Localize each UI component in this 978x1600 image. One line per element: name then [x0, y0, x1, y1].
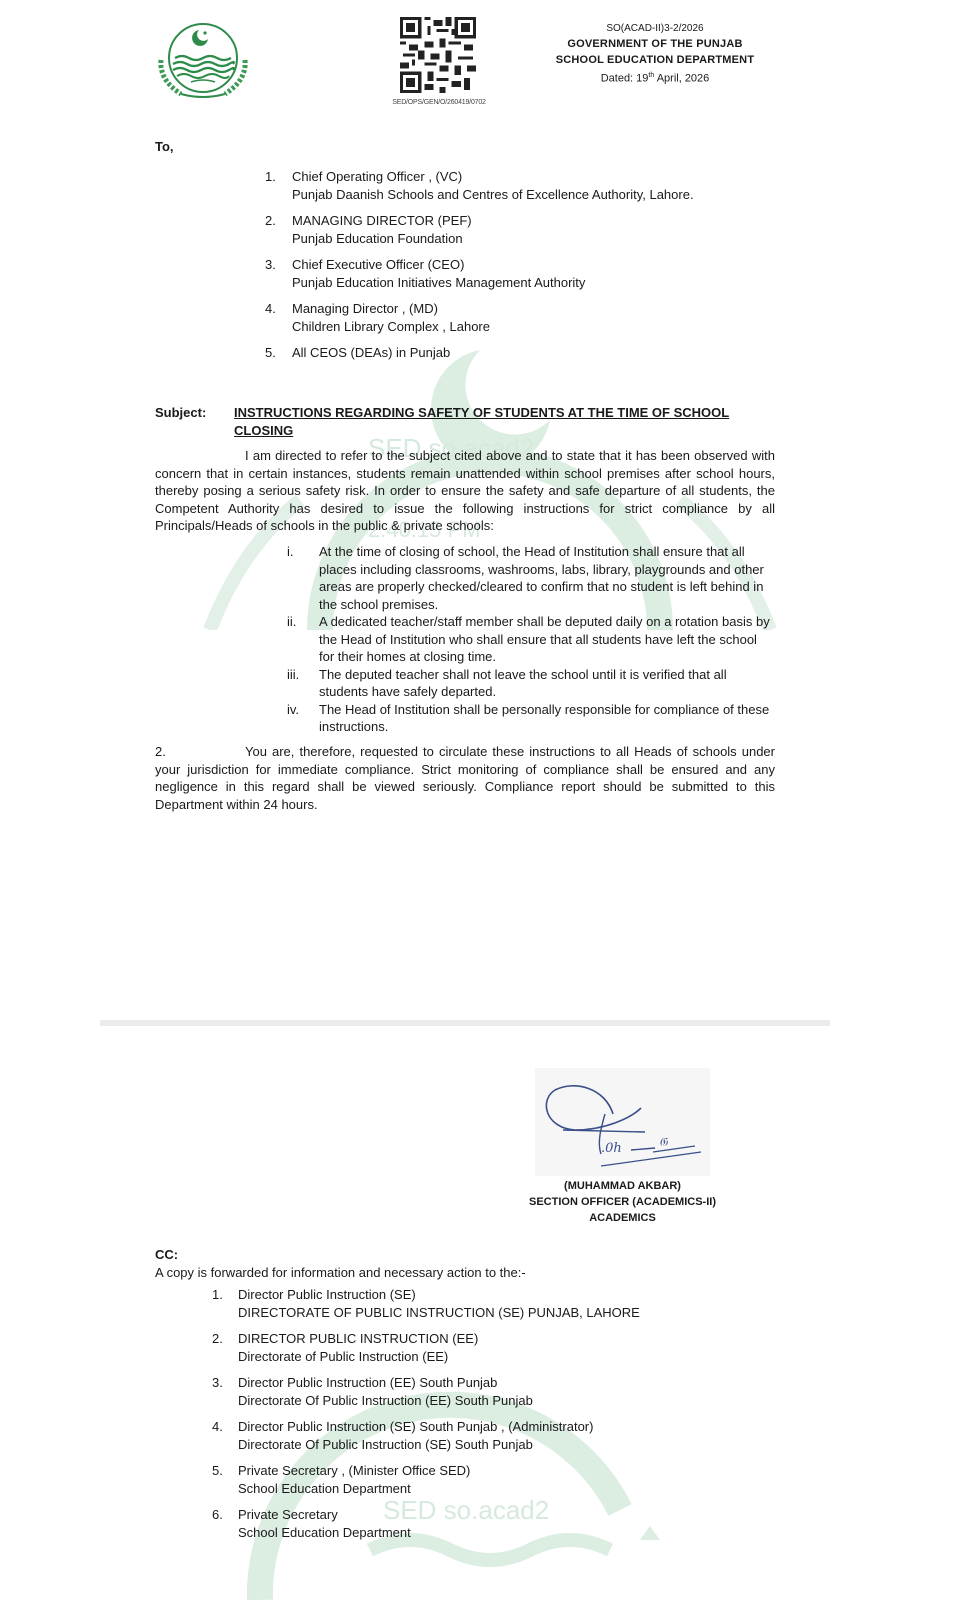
recipient-title: Private Secretary , (Minister Office SED…: [238, 1462, 470, 1480]
subject-label: Subject:: [155, 404, 234, 440]
cc-item: 5.Private Secretary , (Minister Office S…: [212, 1462, 712, 1497]
signatory-block: (MUHAMMAD AKBAR) SECTION OFFICER (ACADEM…: [500, 1178, 745, 1226]
to-label: To,: [155, 139, 174, 154]
recipient-title: Chief Executive Officer (CEO): [292, 256, 585, 274]
recipient-organization: Punjab Education Foundation: [292, 230, 472, 248]
punjab-government-emblem-icon: [155, 20, 251, 100]
instruction-text: A dedicated teacher/staff member shall b…: [319, 613, 775, 666]
recipient-title: Director Public Instruction (SE): [238, 1286, 640, 1304]
list-text: Managing Director , (MD)Children Library…: [292, 300, 490, 335]
list-number: 3.: [212, 1374, 238, 1409]
subject: Subject: INSTRUCTIONS REGARDING SAFETY O…: [155, 404, 777, 440]
recipient-item: 5.All CEOS (DEAs) in Punjab: [265, 344, 765, 362]
list-number: 5.: [212, 1462, 238, 1497]
cc-item: 3.Director Public Instruction (EE) South…: [212, 1374, 712, 1409]
instruction-text: The deputed teacher shall not leave the …: [319, 666, 775, 701]
recipient-organization: Directorate Of Public Instruction (SE) S…: [238, 1436, 593, 1454]
list-text: Chief Operating Officer , (VC)Punjab Daa…: [292, 168, 694, 203]
subject-text: INSTRUCTIONS REGARDING SAFETY OF STUDENT…: [234, 404, 777, 440]
recipient-organization: School Education Department: [238, 1480, 470, 1498]
recipient-organization: Punjab Daanish Schools and Centres of Ex…: [292, 186, 694, 204]
recipient-title: MANAGING DIRECTOR (PEF): [292, 212, 472, 230]
cc-item: 4.Director Public Instruction (SE) South…: [212, 1418, 712, 1453]
cc-item: 2.DIRECTOR PUBLIC INSTRUCTION (EE)Direct…: [212, 1330, 712, 1365]
signatory-name: (MUHAMMAD AKBAR): [500, 1178, 745, 1194]
instruction-text: At the time of closing of school, the He…: [319, 543, 775, 613]
recipient-title: Director Public Instruction (SE) South P…: [238, 1418, 593, 1436]
cc-list: 1.Director Public Instruction (SE)DIRECT…: [212, 1286, 712, 1550]
recipient-organization: Punjab Education Initiatives Management …: [292, 274, 585, 292]
list-number: 3.: [265, 256, 292, 291]
instruction-item: ii.A dedicated teacher/staff member shal…: [285, 613, 775, 666]
reference-number: SO(ACAD-II)3-2/2026: [540, 22, 770, 36]
signatory-wing: ACADEMICS: [500, 1210, 745, 1226]
instruction-number: ii.: [285, 613, 319, 666]
paragraph-number: 2.: [155, 743, 245, 761]
recipient-title: All CEOS (DEAs) in Punjab: [292, 344, 450, 362]
recipient-item: 2.MANAGING DIRECTOR (PEF)Punjab Educatio…: [265, 212, 765, 247]
recipient-organization: DIRECTORATE OF PUBLIC INSTRUCTION (SE) P…: [238, 1304, 640, 1322]
recipient-title: Private Secretary: [238, 1506, 411, 1524]
instruction-item: iii.The deputed teacher shall not leave …: [285, 666, 775, 701]
recipient-organization: Directorate of Public Instruction (EE): [238, 1348, 478, 1366]
instruction-item: iv.The Head of Institution shall be pers…: [285, 701, 775, 736]
list-text: DIRECTOR PUBLIC INSTRUCTION (EE)Director…: [238, 1330, 478, 1365]
list-number: 5.: [265, 344, 292, 362]
list-text: Director Public Instruction (SE)DIRECTOR…: [238, 1286, 640, 1321]
recipient-organization: Directorate Of Public Instruction (EE) S…: [238, 1392, 533, 1410]
letterhead: SO(ACAD-II)3-2/2026 GOVERNMENT OF THE PU…: [540, 22, 770, 87]
government-name: GOVERNMENT OF THE PUNJAB: [540, 36, 770, 52]
signatory-designation: SECTION OFFICER (ACADEMICS-II): [500, 1194, 745, 1210]
cc-heading: CC:: [155, 1247, 178, 1262]
qr-code-icon: [400, 16, 476, 94]
recipient-item: 4.Managing Director , (MD)Children Libra…: [265, 300, 765, 335]
list-number: 4.: [212, 1418, 238, 1453]
recipient-title: DIRECTOR PUBLIC INSTRUCTION (EE): [238, 1330, 478, 1348]
cc-item: 1.Director Public Instruction (SE)DIRECT…: [212, 1286, 712, 1321]
instruction-text: The Head of Institution shall be persona…: [319, 701, 775, 736]
handwritten-signature-icon: .0h 𝔊: [535, 1068, 710, 1176]
qr-code-id: SED/OPS/GEN/O/260419/0702: [382, 99, 496, 106]
list-number: 2.: [212, 1330, 238, 1365]
cc-item: 6.Private SecretarySchool Education Depa…: [212, 1506, 712, 1541]
department-name: SCHOOL EDUCATION DEPARTMENT: [540, 52, 770, 68]
recipient-list: 1.Chief Operating Officer , (VC)Punjab D…: [265, 168, 765, 371]
list-number: 1.: [265, 168, 292, 203]
body-paragraph-1: I am directed to refer to the subject ci…: [155, 447, 775, 535]
svg-text:.0h: .0h: [601, 1141, 622, 1156]
page-divider: [100, 1020, 830, 1026]
list-number: 1.: [212, 1286, 238, 1321]
recipient-organization: School Education Department: [238, 1524, 411, 1542]
instruction-number: i.: [285, 543, 319, 613]
svg-text:𝔊: 𝔊: [659, 1135, 669, 1149]
recipient-organization: Children Library Complex , Lahore: [292, 318, 490, 336]
list-text: Director Public Instruction (SE) South P…: [238, 1418, 593, 1453]
body-paragraph-2: 2.You are, therefore, requested to circu…: [155, 743, 775, 813]
list-text: All CEOS (DEAs) in Punjab: [292, 344, 450, 362]
instruction-number: iii.: [285, 666, 319, 701]
instruction-number: iv.: [285, 701, 319, 736]
instruction-item: i.At the time of closing of school, the …: [285, 543, 775, 613]
list-text: MANAGING DIRECTOR (PEF)Punjab Education …: [292, 212, 472, 247]
letter-date: Dated: 19th April, 2026: [540, 68, 770, 87]
recipient-title: Chief Operating Officer , (VC): [292, 168, 694, 186]
list-text: Chief Executive Officer (CEO)Punjab Educ…: [292, 256, 585, 291]
recipient-title: Managing Director , (MD): [292, 300, 490, 318]
list-number: 6.: [212, 1506, 238, 1541]
list-text: Director Public Instruction (EE) South P…: [238, 1374, 533, 1409]
recipient-item: 3.Chief Executive Officer (CEO)Punjab Ed…: [265, 256, 765, 291]
signature-box: .0h 𝔊: [535, 1068, 710, 1176]
list-text: Private Secretary , (Minister Office SED…: [238, 1462, 470, 1497]
list-text: Private SecretarySchool Education Depart…: [238, 1506, 411, 1541]
recipient-title: Director Public Instruction (EE) South P…: [238, 1374, 533, 1392]
instruction-list: i.At the time of closing of school, the …: [285, 543, 775, 736]
cc-intro: A copy is forwarded for information and …: [155, 1265, 526, 1280]
recipient-item: 1.Chief Operating Officer , (VC)Punjab D…: [265, 168, 765, 203]
list-number: 2.: [265, 212, 292, 247]
list-number: 4.: [265, 300, 292, 335]
